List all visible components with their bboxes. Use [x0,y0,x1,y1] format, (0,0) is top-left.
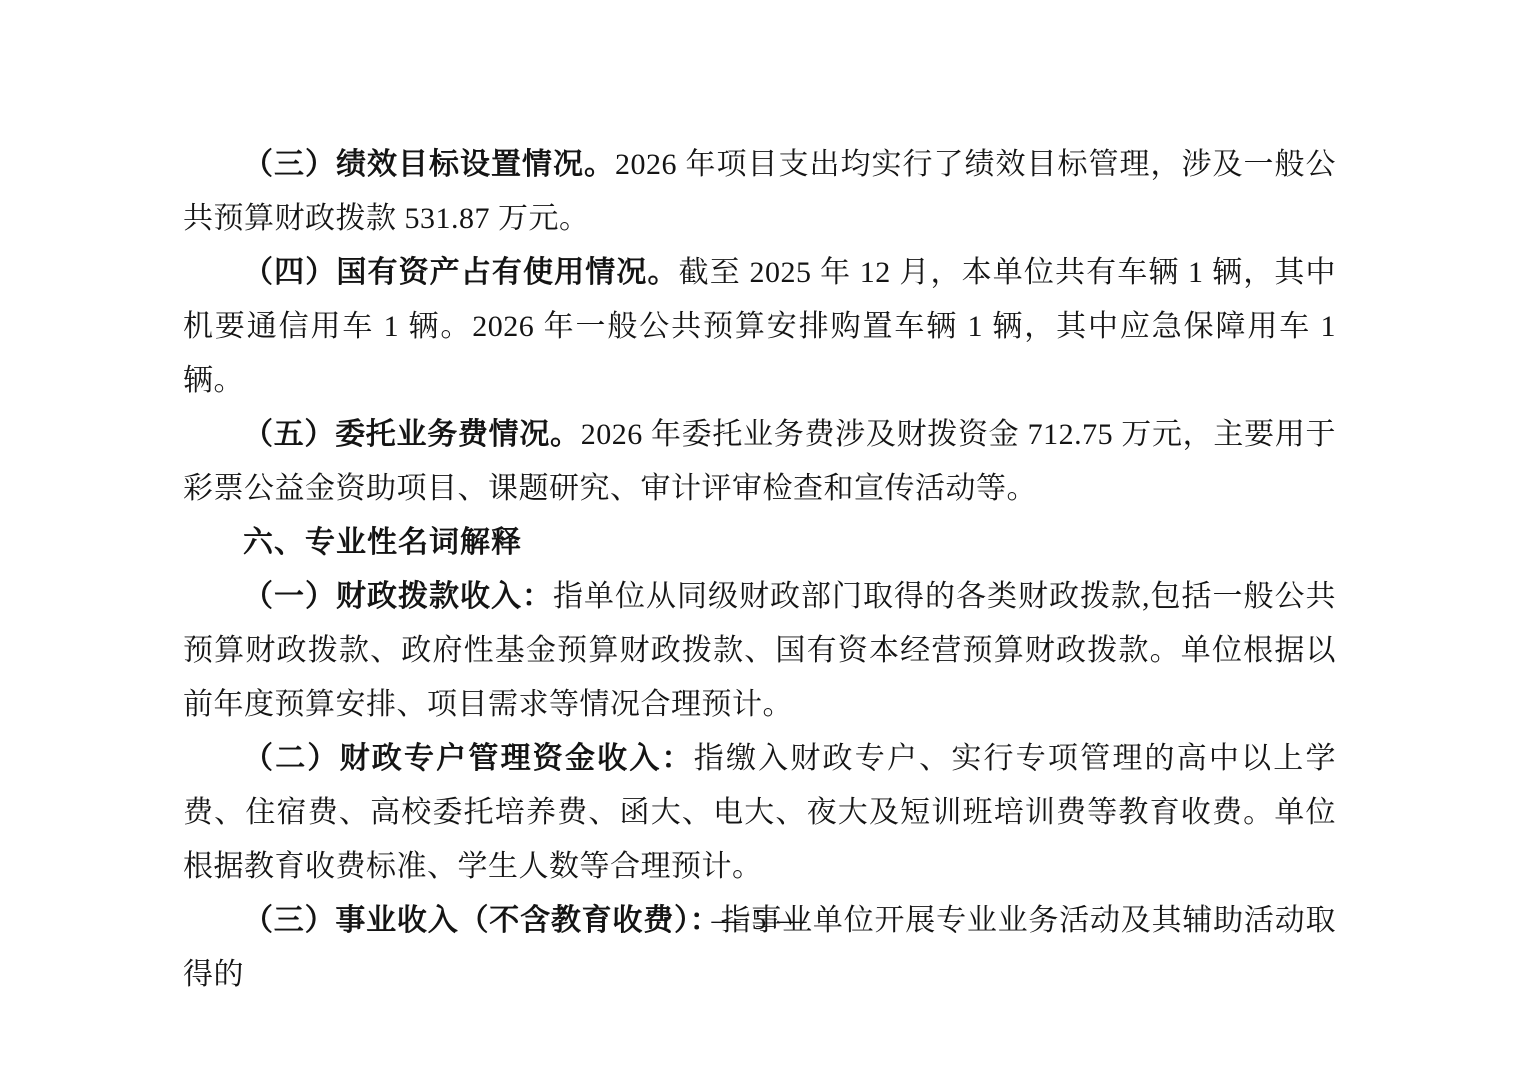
paragraph-lead: （五）委托业务费情况。 [243,418,581,451]
paragraph-lead: （一）财政拨款收入： [243,580,553,613]
document-page: （三）绩效目标设置情况。2026 年项目支出均实行了绩效目标管理，涉及一般公共预… [0,0,1520,1074]
paragraph-lead: （三）绩效目标设置情况。 [243,148,615,181]
paragraph-performance-targets: （三）绩效目标设置情况。2026 年项目支出均实行了绩效目标管理，涉及一般公共预… [183,138,1336,246]
page-number: — 5 — [712,904,809,936]
paragraph-lead: （二）财政专户管理资金收入： [243,742,694,775]
paragraph-lead: （四）国有资产占有使用情况。 [243,256,679,289]
paragraph-fiscal-appropriation-income: （一）财政拨款收入：指单位从同级财政部门取得的各类财政拨款,包括一般公共预算财政… [183,570,1336,732]
document-body: （三）绩效目标设置情况。2026 年项目支出均实行了绩效目标管理，涉及一般公共预… [183,138,1336,1002]
page-footer: — 5 — [0,900,1520,940]
paragraph-special-account-income: （二）财政专户管理资金收入：指缴入财政专户、实行专项管理的高中以上学费、住宿费、… [183,732,1336,894]
section-heading-terms-glossary: 六、专业性名词解释 [183,516,1336,570]
paragraph-entrusted-business-fees: （五）委托业务费情况。2026 年委托业务费涉及财拨资金 712.75 万元，主… [183,408,1336,516]
paragraph-state-assets: （四）国有资产占有使用情况。截至 2025 年 12 月，本单位共有车辆 1 辆… [183,246,1336,408]
